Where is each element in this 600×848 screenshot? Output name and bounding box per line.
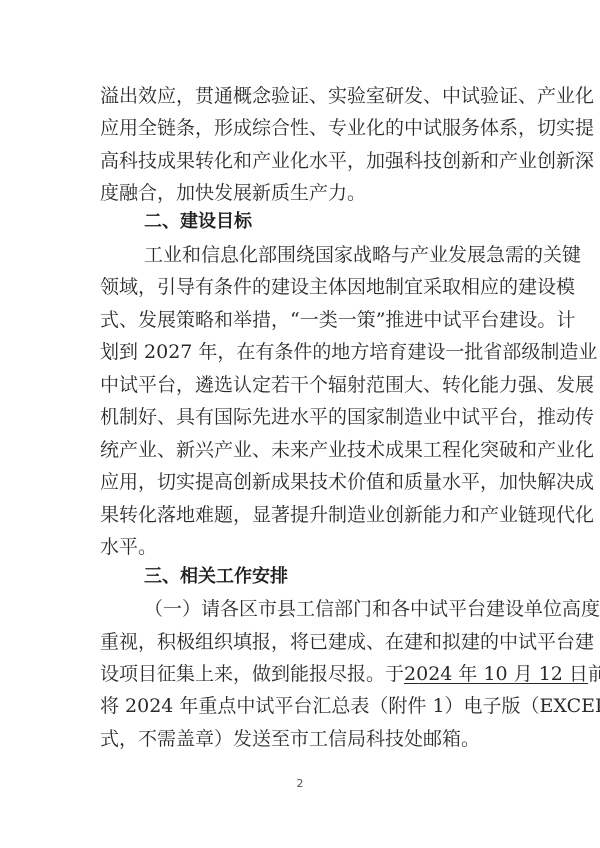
paragraph-line: 机制好、具有国际先进水平的国家制造业中试平台，推动传: [100, 405, 518, 429]
paragraph-line: 应用全链条，形成综合性、专业化的中试服务体系，切实提: [100, 116, 518, 140]
paragraph-line-with-deadline: 设项目征集上来，做到能报尽报。于2024 年 10 月 12 日前: [100, 662, 518, 686]
page-number: 2: [0, 777, 600, 790]
paragraph-line: 果转化落地难题，显著提升制造业创新能力和产业链现代化: [100, 503, 518, 527]
paragraph-line: （一）请各区市县工信部门和各中试平台建设单位高度: [144, 597, 518, 621]
paragraph-line: 度融合，加快发展新质生产力。: [100, 181, 518, 205]
paragraph-line: 溢出效应，贯通概念验证、实验室研发、中试验证、产业化: [100, 84, 518, 108]
deadline-trail-text: 前: [588, 663, 600, 685]
paragraph-line: 领域，引导有条件的建设主体因地制宜采取相应的建设模: [100, 275, 518, 299]
paragraph-line: 重视，积极组织填报，将已建成、在建和拟建的中试平台建: [100, 630, 518, 654]
paragraph-line: 式、发展策略和举措，“一类一策”推进中试平台建设。计: [100, 308, 518, 332]
deadline-date: 2024 年 10 月 12 日: [404, 663, 588, 685]
paragraph-line: 高科技成果转化和产业化水平，加强科技创新和产业创新深: [100, 149, 518, 173]
paragraph-line: 统产业、新兴产业、未来产业技术成果工程化突破和产业化: [100, 438, 518, 462]
section-heading-goals: 二、建设目标: [144, 210, 252, 234]
paragraph-line: 式，不需盖章）发送至市工信局科技处邮箱。: [100, 727, 518, 751]
document-page: 溢出效应，贯通概念验证、实验室研发、中试验证、产业化 应用全链条，形成综合性、专…: [0, 0, 600, 848]
paragraph-line: 工业和信息化部围绕国家战略与产业发展急需的关键: [144, 243, 518, 267]
section-heading-arrangements: 三、相关工作安排: [144, 565, 288, 589]
paragraph-line: 水平。: [100, 535, 518, 559]
paragraph-line: 划到 2027 年，在有条件的地方培育建设一批省部级制造业: [100, 340, 518, 364]
paragraph-line: 应用，切实提高创新成果技术价值和质量水平，加快解决成: [100, 470, 518, 494]
paragraph-line: 中试平台，遴选认定若干个辐射范围大、转化能力强、发展: [100, 373, 518, 397]
deadline-lead-text: 设项目征集上来，做到能报尽报。于: [100, 663, 404, 685]
paragraph-line: 将 2024 年重点中试平台汇总表（附件 1）电子版（EXCEL 格: [100, 694, 518, 718]
